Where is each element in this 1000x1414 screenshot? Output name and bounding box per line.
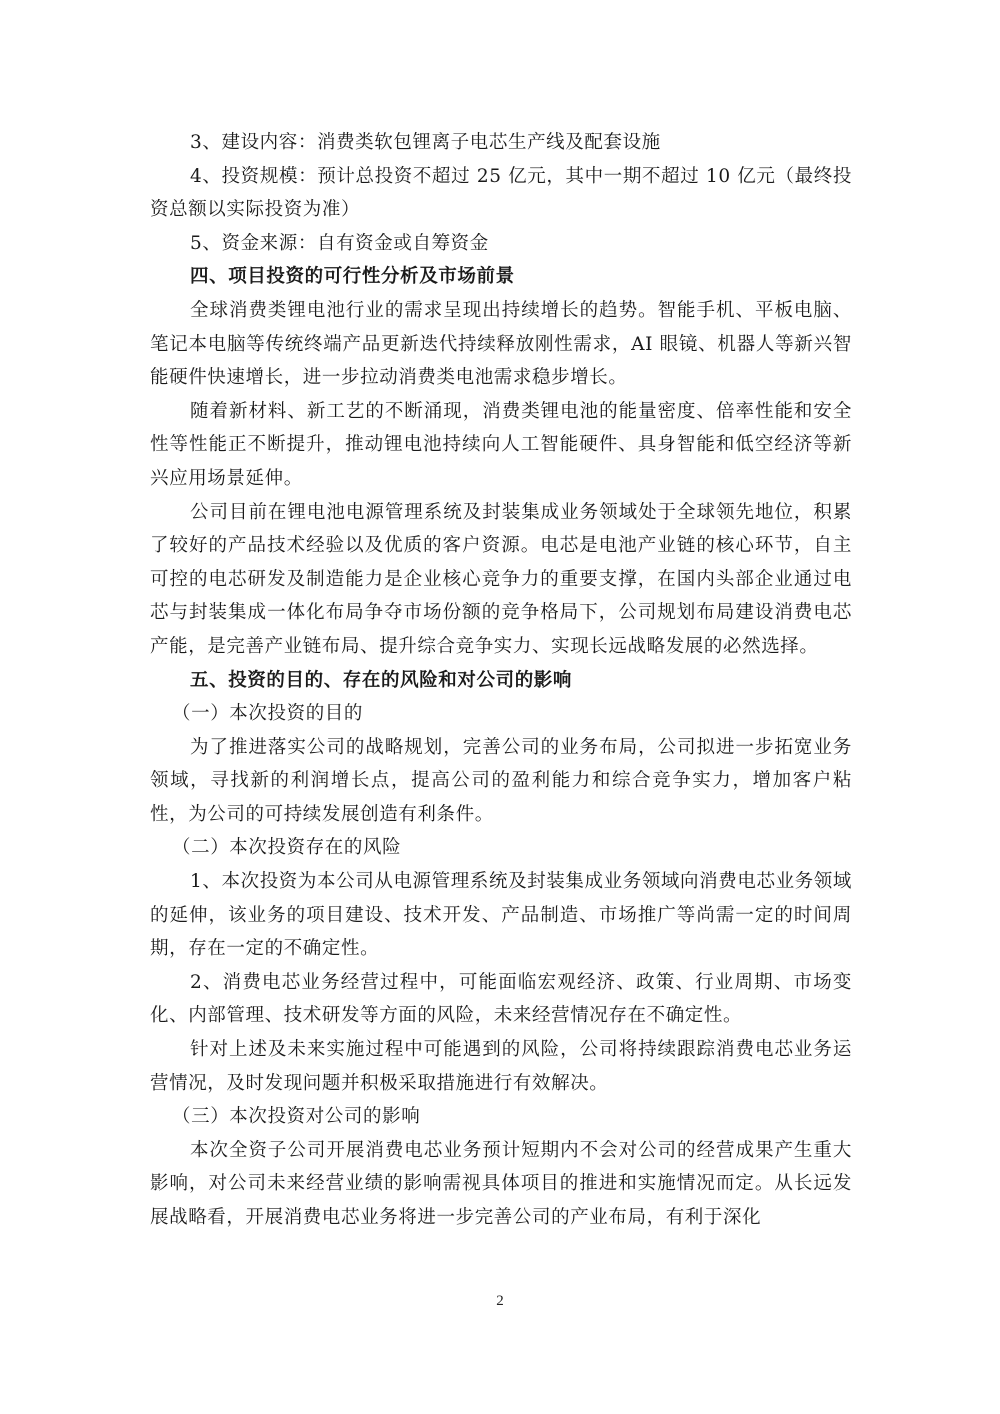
item-investment-scale: 4、投资规模：预计总投资不超过 25 亿元，其中一期不超过 10 亿元（最终投资… [150, 160, 852, 227]
paragraph-purpose: 为了推进落实公司的战略规划，完善公司的业务布局，公司拟进一步拓宽业务领域，寻找新… [150, 731, 852, 832]
paragraph-risk-mitigation: 针对上述及未来实施过程中可能遇到的风险，公司将持续跟踪消费电芯业务运营情况，及时… [150, 1033, 852, 1100]
page-number: 2 [0, 1293, 1000, 1310]
subheading-risk: （二）本次投资存在的风险 [150, 831, 852, 865]
section-heading-purpose-risk-impact: 五、投资的目的、存在的风险和对公司的影响 [150, 664, 852, 698]
paragraph-risk-1: 1、本次投资为本公司从电源管理系统及封装集成业务领域向消费电芯业务领域的延伸，该… [150, 865, 852, 966]
item-construction-content: 3、建设内容：消费类软包锂离子电芯生产线及配套设施 [150, 126, 852, 160]
document-page: 3、建设内容：消费类软包锂离子电芯生产线及配套设施 4、投资规模：预计总投资不超… [150, 126, 852, 1235]
subheading-impact: （三）本次投资对公司的影响 [150, 1100, 852, 1134]
paragraph-company-position: 公司目前在锂电池电源管理系统及封装集成业务领域处于全球领先地位，积累了较好的产品… [150, 496, 852, 664]
paragraph-technology-trend: 随着新材料、新工艺的不断涌现，消费类锂电池的能量密度、倍率性能和安全性等性能正不… [150, 395, 852, 496]
paragraph-market-demand: 全球消费类锂电池行业的需求呈现出持续增长的趋势。智能手机、平板电脑、笔记本电脑等… [150, 294, 852, 395]
subheading-purpose: （一）本次投资的目的 [150, 697, 852, 731]
item-funding-source: 5、资金来源：自有资金或自筹资金 [150, 227, 852, 261]
paragraph-risk-2: 2、消费电芯业务经营过程中，可能面临宏观经济、政策、行业周期、市场变化、内部管理… [150, 966, 852, 1033]
paragraph-impact: 本次全资子公司开展消费电芯业务预计短期内不会对公司的经营成果产生重大影响，对公司… [150, 1134, 852, 1235]
section-heading-feasibility: 四、项目投资的可行性分析及市场前景 [150, 260, 852, 294]
